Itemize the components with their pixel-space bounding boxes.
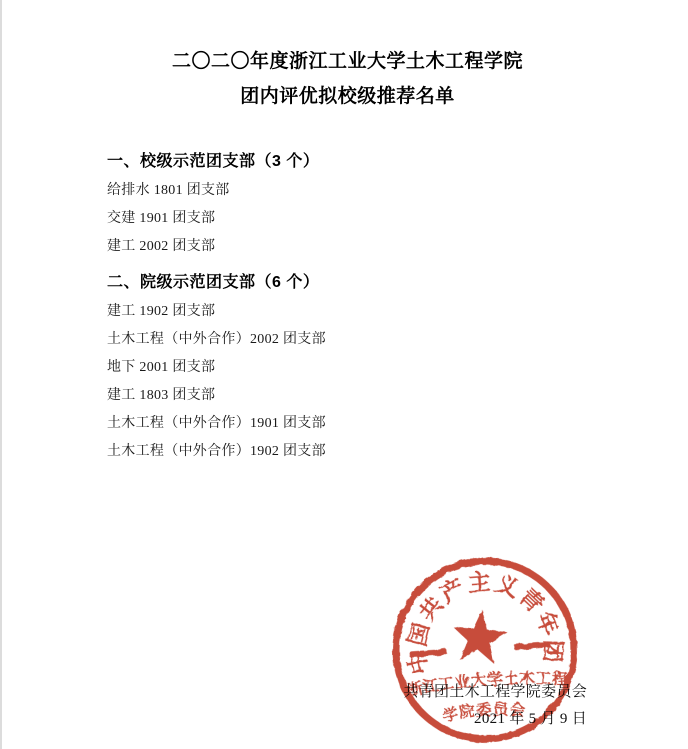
- list-item: 土木工程（中外合作）2002 团支部: [107, 326, 588, 354]
- signature-block: 共青团土木工程学院委员会 2021 年 5 月 9 日: [403, 679, 587, 733]
- document-title-line2: 团内评优拟校级推荐名单: [107, 84, 588, 110]
- document-body: 二〇二〇年度浙江工业大学土木工程学院 团内评优拟校级推荐名单 一、校级示范团支部…: [2, 0, 688, 466]
- school-level-branch-list: 给排水 1801 团支部 交建 1901 团支部 建工 2002 团支部: [107, 177, 588, 261]
- seal-ring-text: 中国共产主义青年团: [398, 564, 568, 677]
- list-item: 交建 1901 团支部: [107, 205, 588, 233]
- red-star-icon: [449, 607, 509, 665]
- seal-left-bar: [410, 649, 447, 657]
- seal-right-bar: [514, 642, 550, 650]
- signature-date: 2021 年 5 月 9 日: [403, 706, 587, 733]
- signature-org: 共青团土木工程学院委员会: [403, 679, 587, 706]
- section-heading-school-level: 一、校级示范团支部（3 个）: [107, 150, 588, 174]
- document-page: 二〇二〇年度浙江工业大学土木工程学院 团内评优拟校级推荐名单 一、校级示范团支部…: [0, 0, 688, 749]
- list-item: 土木工程（中外合作）1901 团支部: [107, 410, 588, 438]
- list-item: 建工 1902 团支部: [107, 298, 588, 326]
- document-title-line1: 二〇二〇年度浙江工业大学土木工程学院: [107, 49, 588, 75]
- list-item: 建工 1803 团支部: [107, 382, 588, 410]
- section-heading-college-level: 二、院级示范团支部（6 个）: [107, 271, 588, 295]
- list-item: 地下 2001 团支部: [107, 354, 588, 382]
- list-item: 土木工程（中外合作）1902 团支部: [107, 438, 588, 466]
- list-item: 建工 2002 团支部: [107, 233, 588, 261]
- college-level-branch-list: 建工 1902 团支部 土木工程（中外合作）2002 团支部 地下 2001 团…: [107, 298, 588, 466]
- list-item: 给排水 1801 团支部: [107, 177, 588, 205]
